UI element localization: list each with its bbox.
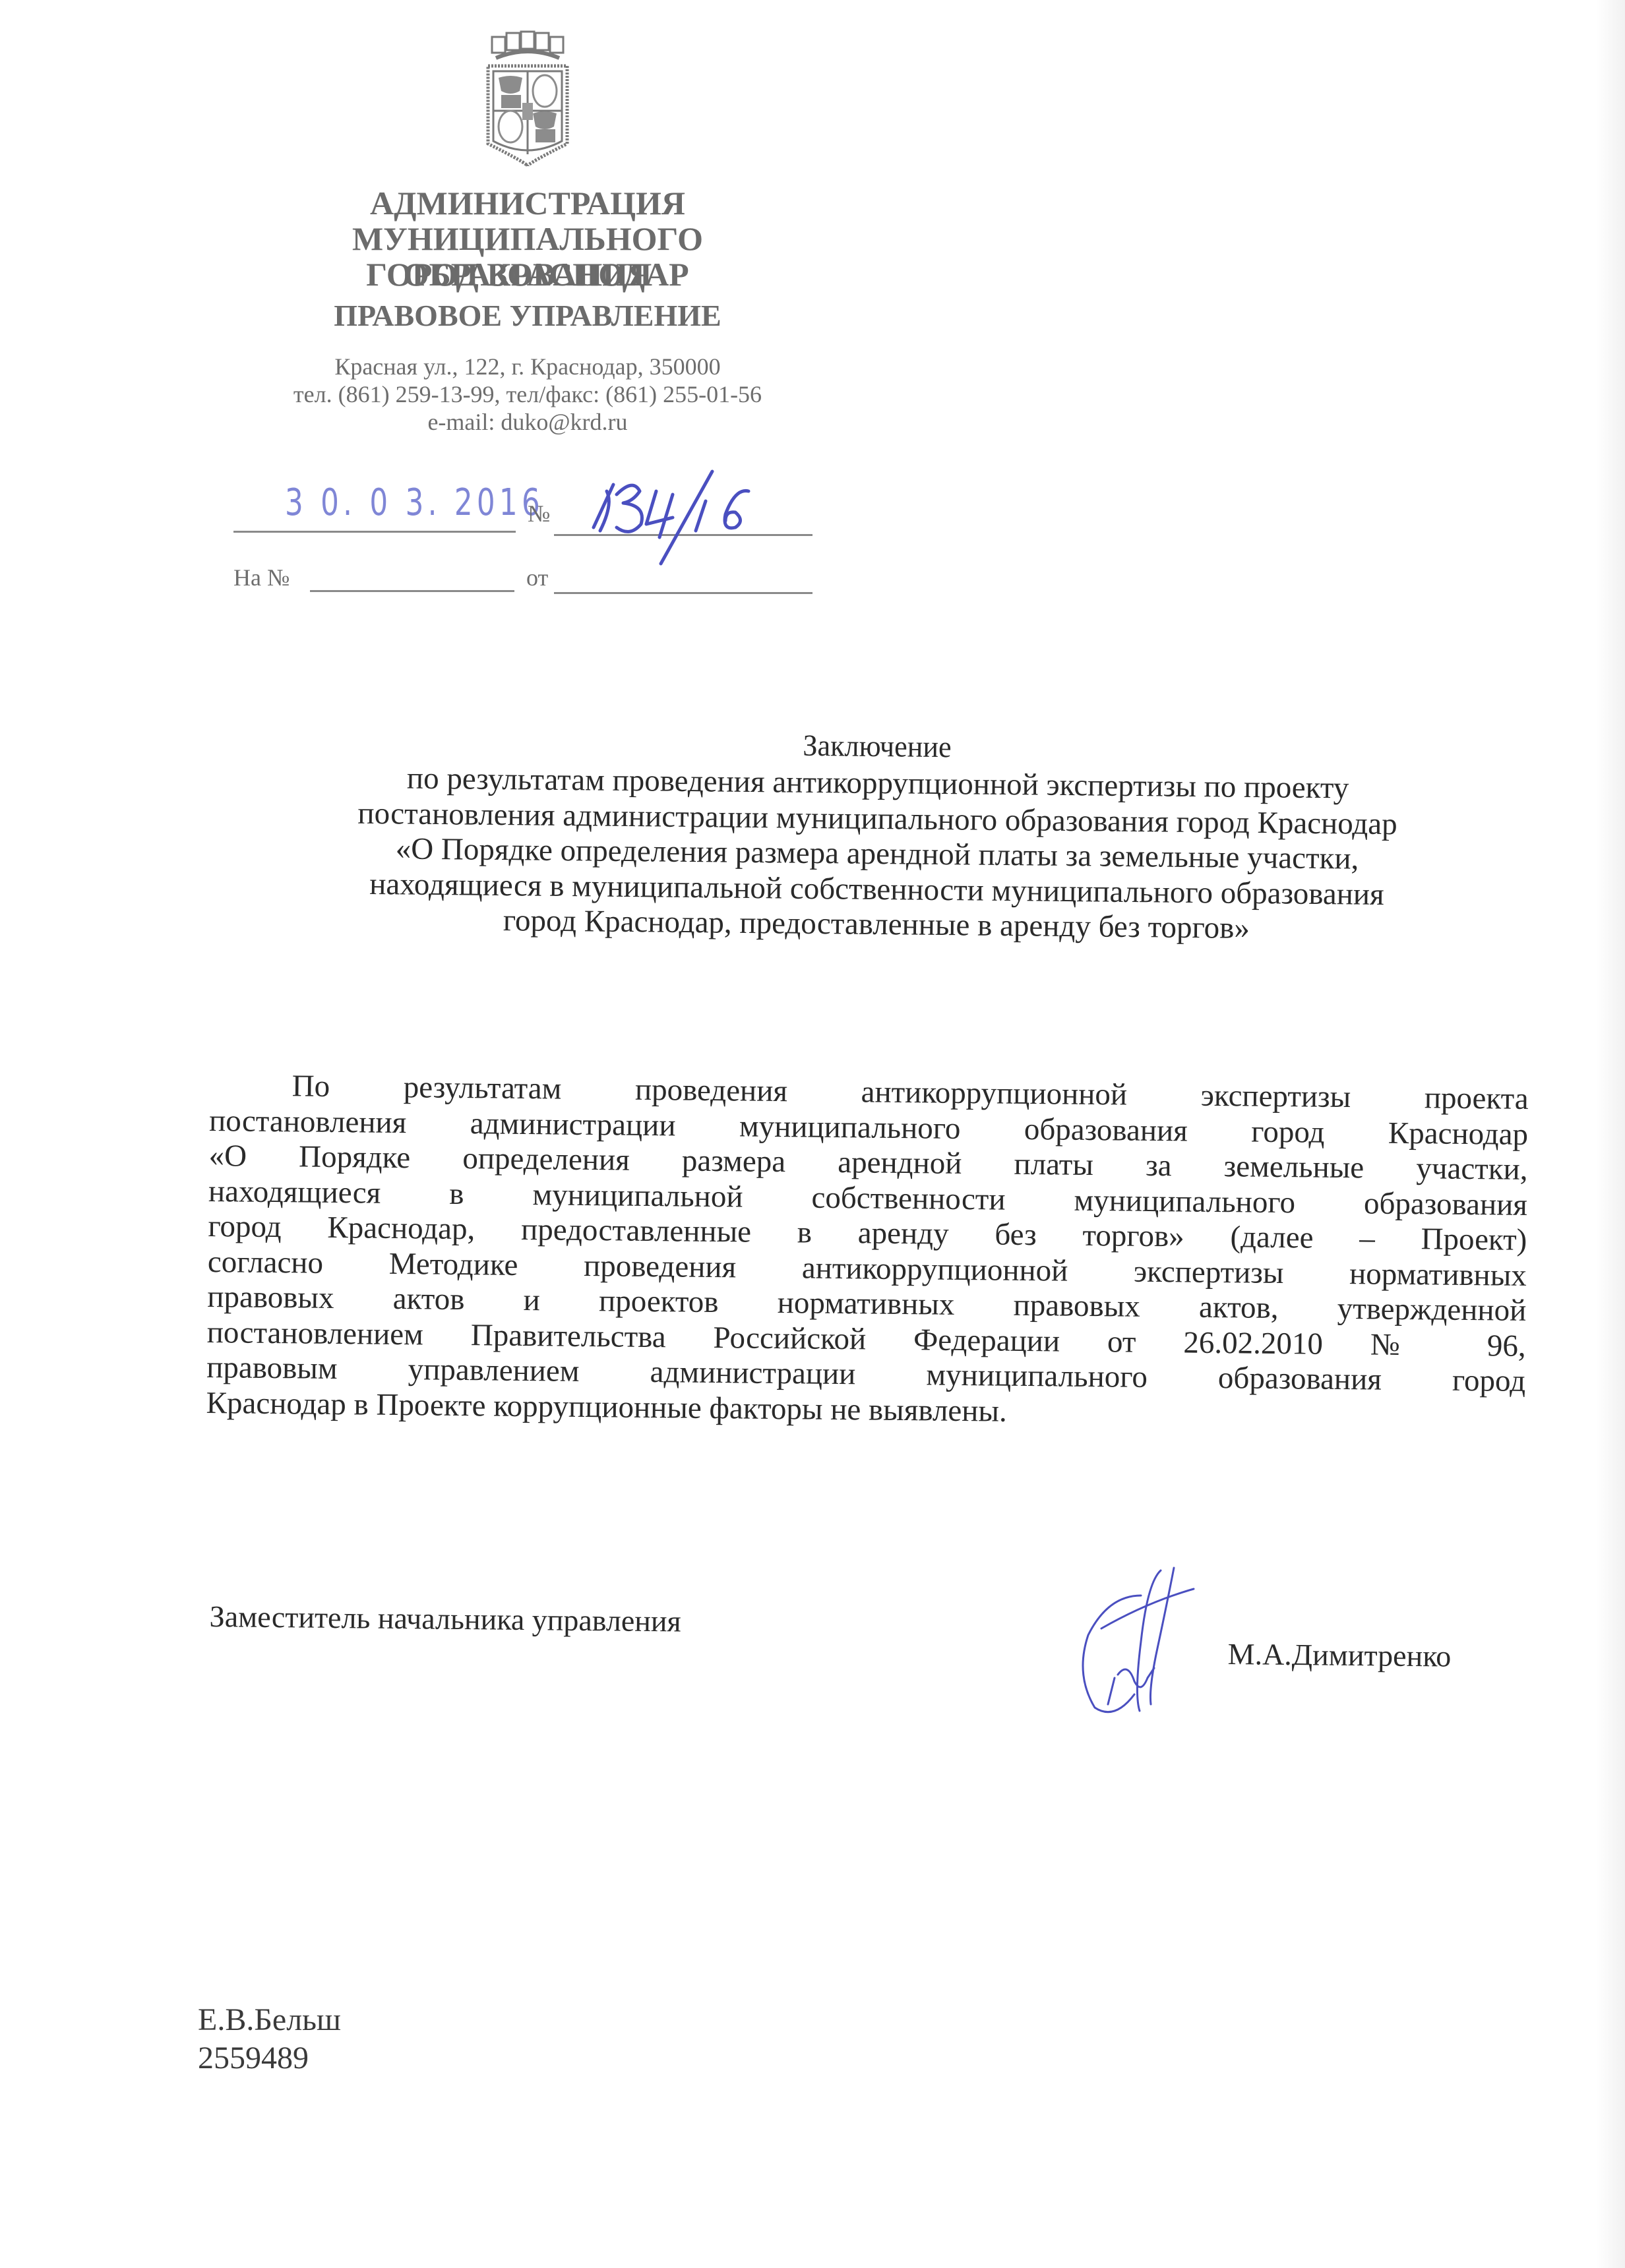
reply-number-label: На № (233, 564, 290, 591)
signatory-name: М.А.Димитренко (1227, 1636, 1451, 1674)
executor-phone: 2559489 (198, 2039, 341, 2077)
document-subject: по результатам проведения антикоррупцион… (224, 760, 1531, 949)
org-name-line-1: АДМИНИСТРАЦИЯ (224, 185, 831, 221)
from-label: от (526, 564, 548, 591)
scan-edge-shadow (1596, 0, 1625, 2268)
email-line: e-mail: duko@krd.ru (224, 408, 831, 436)
org-name-line-3: ГОРОД КРАСНОДАР (224, 256, 831, 292)
address-line: Красная ул., 122, г. Краснодар, 350000 (224, 353, 831, 380)
reply-number-field[interactable] (310, 590, 514, 592)
handwritten-signature (1042, 1563, 1240, 1721)
from-date-field[interactable] (554, 592, 812, 594)
executor-block: Е.В.Бельш 2559489 (198, 2001, 341, 2077)
signatory-role: Заместитель начальника управления (209, 1599, 681, 1638)
krasnodar-coat-of-arms-icon (484, 25, 571, 167)
executor-name: Е.В.Бельш (198, 2001, 341, 2039)
phone-line: тел. (861) 259-13-99, тел/факс: (861) 25… (224, 380, 831, 408)
department-name: ПРАВОВОЕ УПРАВЛЕНИЕ (224, 298, 831, 333)
body-paragraph: По результатам проведения антикоррупцион… (206, 1068, 1528, 1435)
handwritten-number (396, 465, 765, 570)
